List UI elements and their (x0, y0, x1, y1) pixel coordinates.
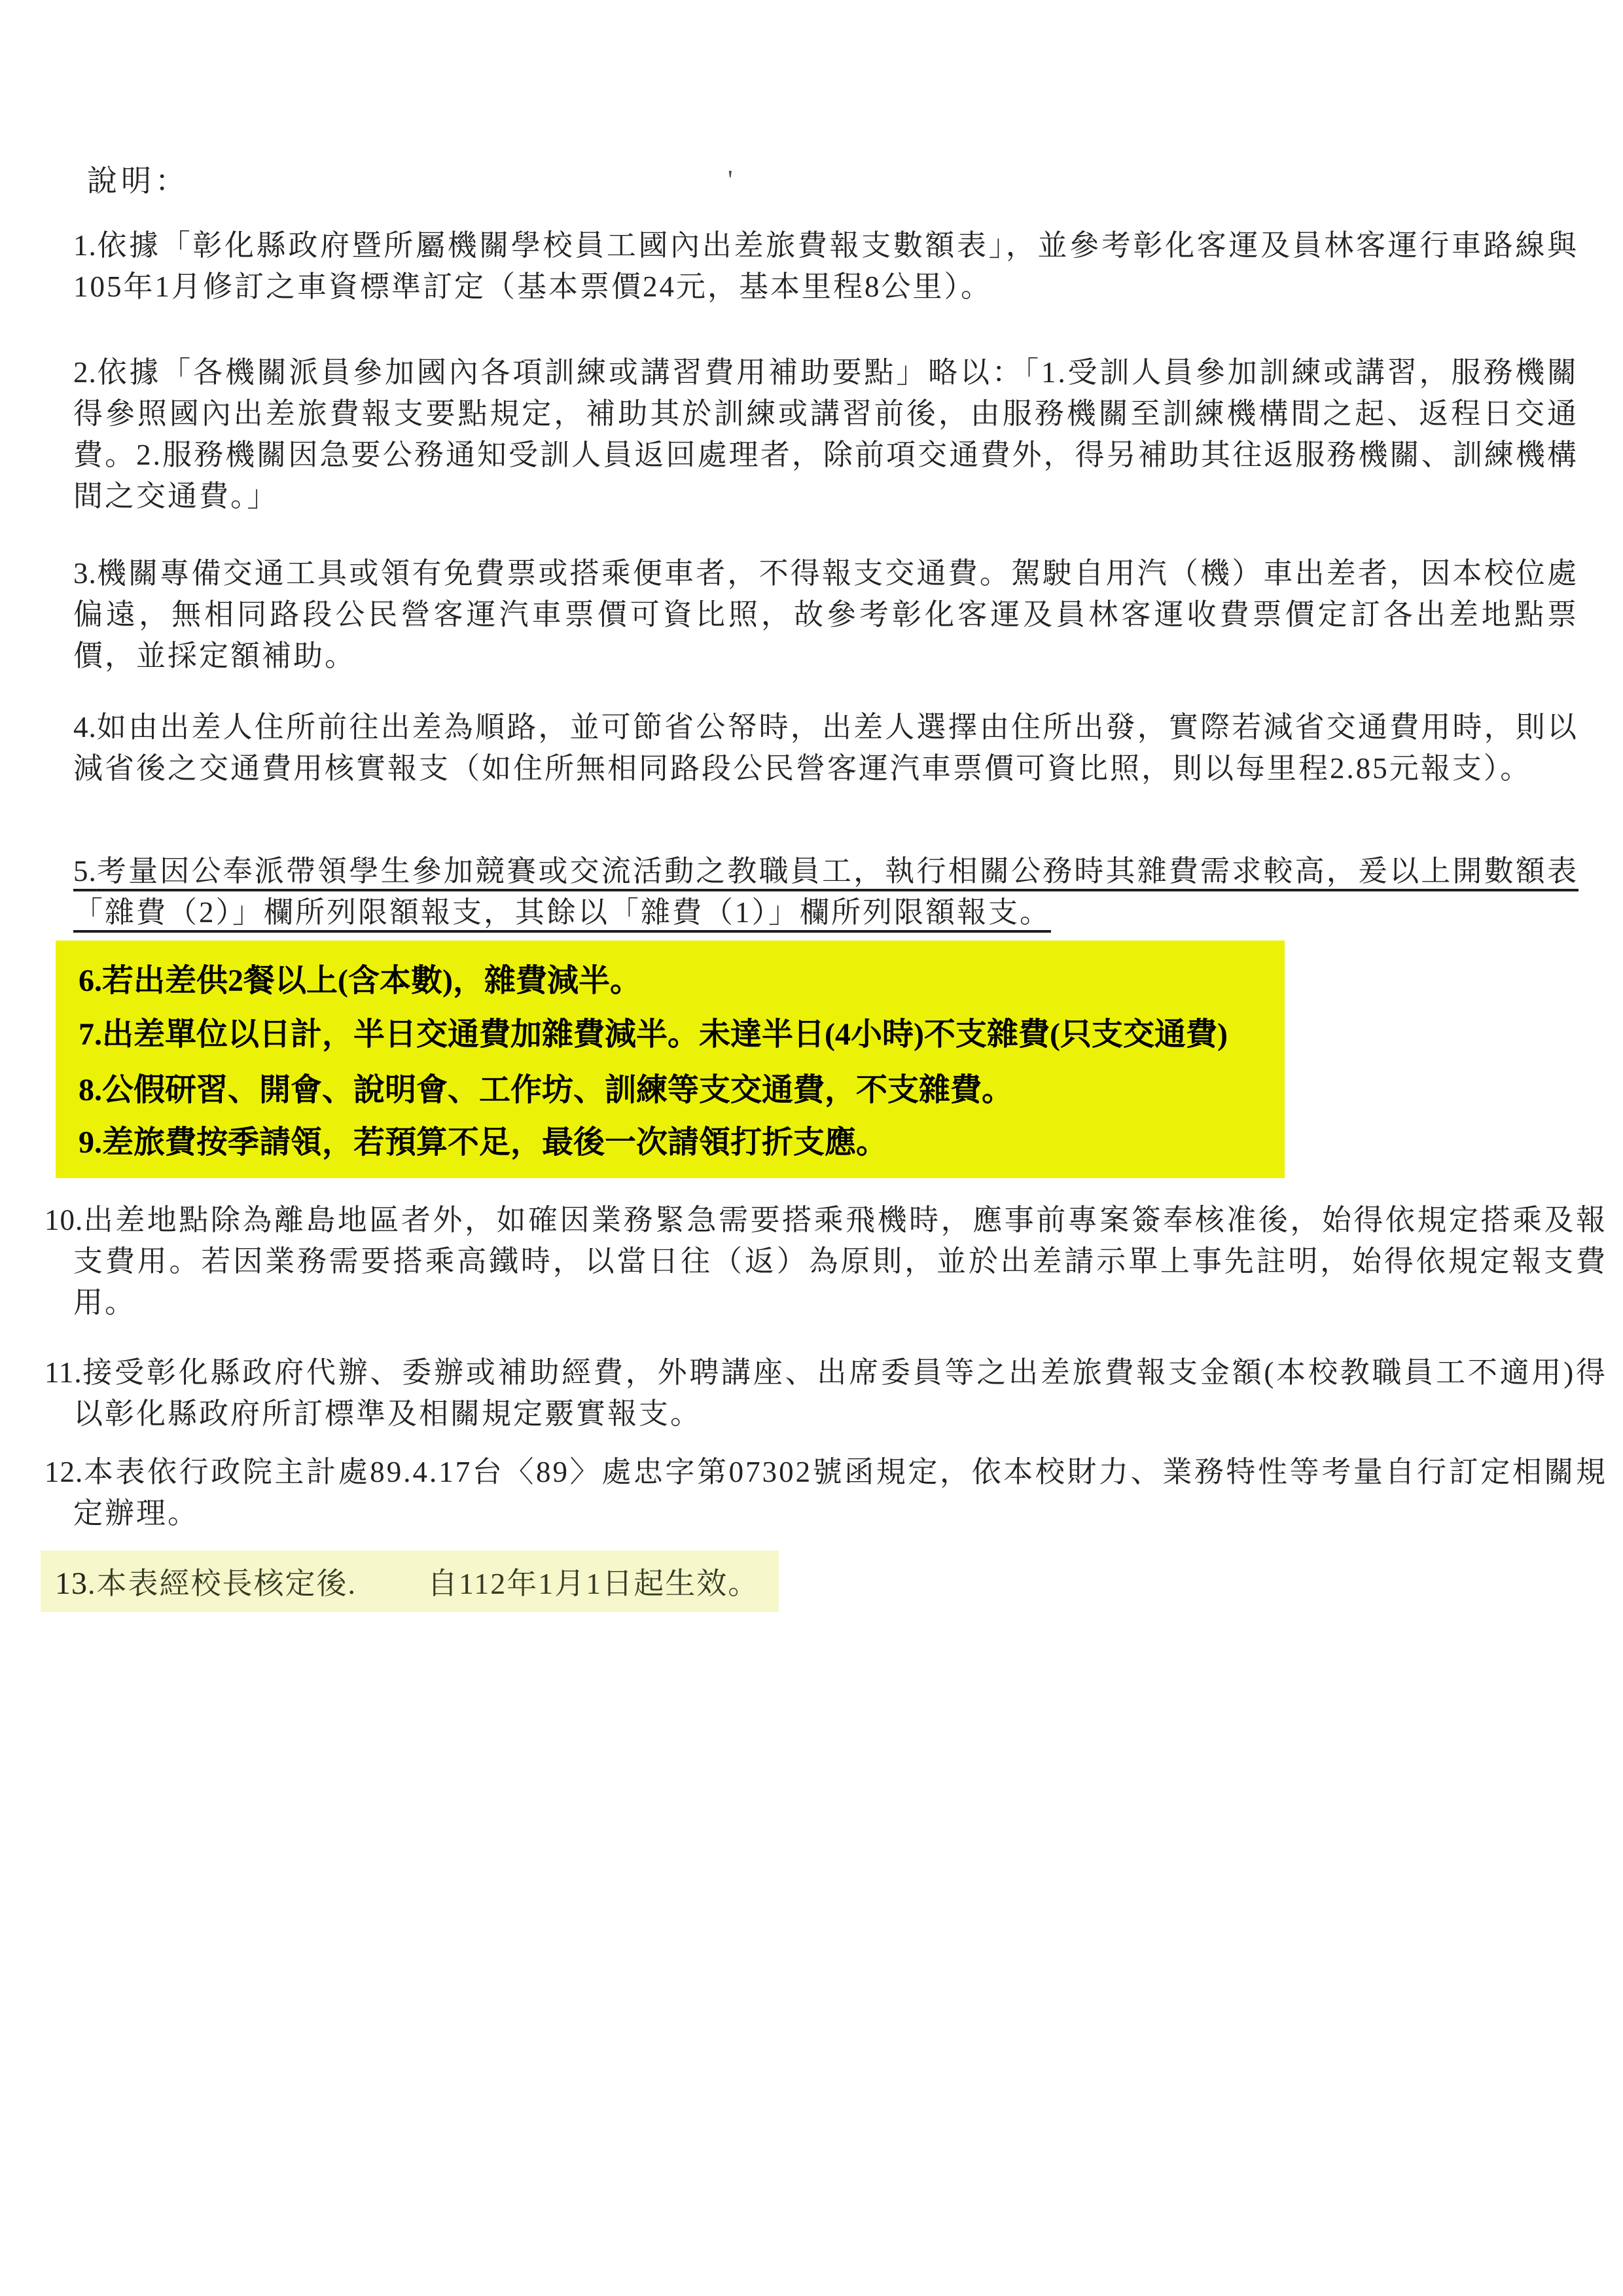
note-item-2: 2.依據「各機關派員參加國內各項訓練或講習費用補助要點」略以：「1.受訓人員參加… (73, 352, 1578, 517)
note-number: 3. (73, 557, 97, 590)
note-item-10: 10.出差地點除為離島地區者外，如確因業務緊急需要搭乘飛機時，應事前專案簽奉核准… (45, 1200, 1607, 1323)
note-number: 2. (73, 356, 97, 389)
note-text: 如由出差人住所前往出差為順路，並可節省公帑時，出差人選擇由住所出發，實際若減省交… (73, 711, 1578, 785)
note-number: 13 (55, 1566, 88, 1601)
note-item-5-underlined: 5.考量因公奉派帶領學生參加競賽或交流活動之教職員工，執行相關公務時其雜費需求較… (73, 851, 1578, 933)
note-number: 12. (45, 1456, 83, 1488)
note-item-6-highlighted: 6.若出差供2餐以上(含本數)，雜費減半。 (79, 955, 641, 1000)
note-item-11: 11.接受彰化縣政府代辦、委辦或補助經費，外聘講座、出席委員等之出差旅費報支金額… (45, 1352, 1607, 1435)
note-number: 8. (79, 1073, 102, 1107)
note-item-7-highlighted: 7.出差單位以日計，半日交通費加雜費減半。未達半日(4小時)不支雜費(只支交通費… (79, 1009, 1228, 1054)
note-number: 7. (79, 1017, 102, 1052)
note-number: 4. (73, 711, 97, 744)
note-text: 若出差供2餐以上(含本數)，雜費減半。 (102, 963, 641, 998)
note-number: 1. (73, 229, 97, 262)
note-text-right: 自112年1月1日起生效。 (427, 1567, 759, 1600)
note-text: 接受彰化縣政府代辦、委辦或補助經費，外聘講座、出席委員等之出差旅費報支金額(本校… (73, 1356, 1607, 1430)
note-text: 本表依行政院主計處89.4.17台〈89〉處忠字第07302號函規定，依本校財力… (73, 1456, 1607, 1530)
yellow-highlight-block: 6.若出差供2餐以上(含本數)，雜費減半。 7.出差單位以日計，半日交通費加雜費… (56, 941, 1285, 1178)
note-item-1: 1.依據「彰化縣政府暨所屬機關學校員工國內出差旅費報支數額表」，並參考彰化客運及… (73, 225, 1578, 308)
explanation-heading: 說明： (87, 157, 189, 200)
scanned-document-page: 說明： ' 1.依據「彰化縣政府暨所屬機關學校員工國內出差旅費報支數額表」，並參… (0, 0, 1623, 2296)
note-text: 出差地點除為離島地區者外，如確因業務緊急需要搭乘飛機時，應事前專案簽奉核准後，始… (73, 1204, 1607, 1319)
note-text: 依據「彰化縣政府暨所屬機關學校員工國內出差旅費報支數額表」，並參考彰化客運及員林… (73, 229, 1578, 303)
pale-highlight-band: 13.本表經校長核定後.自112年1月1日起生效。 (41, 1551, 779, 1612)
note-item-4: 4.如由出差人住所前往出差為順路，並可節省公帑時，出差人選擇由住所出發，實際若減… (73, 707, 1578, 789)
note-item-3: 3.機關專備交通工具或領有免費票或搭乘便車者，不得報支交通費。駕駛自用汽（機）車… (73, 553, 1578, 677)
scan-artifact-mark: ' (728, 165, 733, 196)
note-number: 9. (79, 1125, 102, 1160)
note-number: 5. (73, 855, 97, 888)
note-item-9-highlighted: 9.差旅費按季請領，若預算不足，最後一次請領打折支應。 (79, 1117, 887, 1162)
note-item-8-highlighted: 8.公假研習、開會、說明會、工作坊、訓練等支交通費，不支雜費。 (79, 1064, 1013, 1109)
note-text-left: .本表經校長核定後. (88, 1567, 357, 1600)
note-item-13: 13.本表經校長核定後.自112年1月1日起生效。 (55, 1560, 759, 1603)
note-text: 出差單位以日計，半日交通費加雜費減半。未達半日(4小時)不支雜費(只支交通費) (102, 1017, 1228, 1052)
note-item-12: 12.本表依行政院主計處89.4.17台〈89〉處忠字第07302號函規定，依本… (45, 1452, 1607, 1534)
note-number: 11. (45, 1356, 82, 1389)
note-text: 公假研習、開會、說明會、工作坊、訓練等支交通費，不支雜費。 (102, 1073, 1013, 1107)
note-text: 機關專備交通工具或領有免費票或搭乘便車者，不得報支交通費。駕駛自用汽（機）車出差… (73, 557, 1578, 672)
note-text: 考量因公奉派帶領學生參加競賽或交流活動之教職員工，執行相關公務時其雜費需求較高，… (73, 855, 1578, 929)
note-text: 差旅費按季請領，若預算不足，最後一次請領打折支應。 (102, 1125, 887, 1160)
note-number: 10. (45, 1204, 83, 1236)
note-text: 依據「各機關派員參加國內各項訓練或講習費用補助要點」略以：「1.受訓人員參加訓練… (73, 356, 1578, 512)
note-number: 6. (79, 963, 102, 998)
